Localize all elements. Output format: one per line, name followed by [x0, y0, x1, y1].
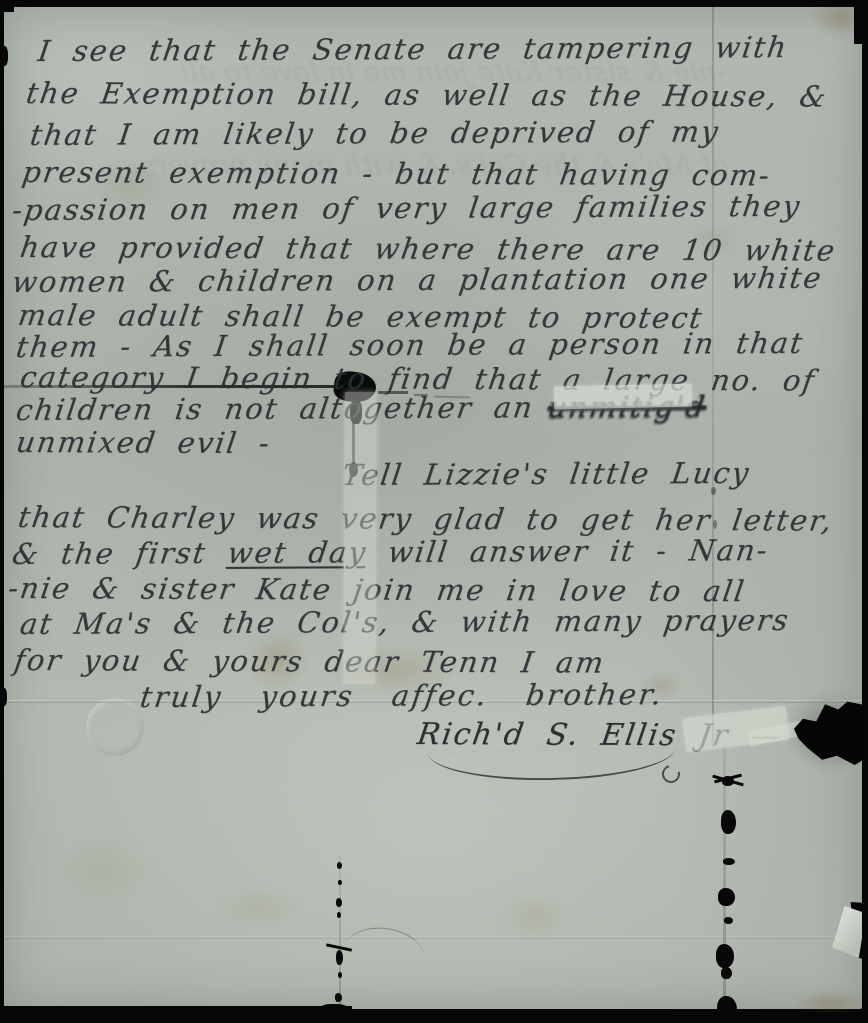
stitch-hole: [723, 858, 735, 865]
scan-edge-left: [0, 0, 4, 1023]
stitch-hole: [724, 917, 733, 924]
letter-line-3: that I am likely to be deprived of my: [28, 114, 722, 152]
letter-line-15-post: will answer it - Nan-: [365, 533, 771, 569]
letter-line-18: for you & yours dear Tenn I am: [12, 643, 607, 680]
letter-line-11-text: children is not altogether an: [14, 390, 536, 427]
scan-edge-bottom-left: [0, 1006, 352, 1023]
embossed-seal: [86, 698, 144, 756]
scan-edge-left-tick: [0, 46, 8, 66]
tape-patch: [554, 384, 692, 410]
letter-line-14: that Charley was very glad to get her le…: [16, 500, 836, 538]
letter-line-19: truly yours affec. brother.: [138, 677, 666, 714]
letter-line-4: present exemption - but that having com-: [20, 155, 773, 192]
scan-edge-bottom-right: [348, 1013, 868, 1023]
stitch-hole: [721, 810, 736, 834]
tear-line-left: [339, 855, 341, 1009]
letter-line-7: women & children on a plantation one whi…: [10, 261, 825, 299]
stitch-hole: [338, 972, 342, 978]
stitch-hole: [721, 967, 732, 979]
stitch-hole: [337, 862, 342, 869]
stain: [498, 893, 570, 939]
stitch-hole: [716, 944, 734, 968]
stitch-hole: [336, 898, 342, 907]
scan-edge-right: [862, 0, 868, 1023]
stitch-hole: [718, 888, 735, 906]
letter-line-1: I see that the Senate are tampering with: [36, 30, 790, 68]
scanned-letter-page: -nie & sister Kate join me in love to al…: [0, 0, 868, 1023]
letter-line-9: them - As I shall soon be a person in th…: [14, 326, 806, 364]
scan-edge-left-tick: [0, 688, 7, 706]
letter-line-2: the Exemption bill, as well as the House…: [24, 76, 830, 113]
letter-line-17: at Ma's & the Col's, & with many prayers: [18, 603, 792, 641]
stain: [215, 888, 305, 928]
letter-line-12: unmixed evil -: [14, 425, 273, 460]
scan-edge-right-top: [854, 0, 868, 44]
letter-line-13: Tell Lizzie's little Lucy: [340, 456, 753, 492]
scan-edge-top: [0, 0, 868, 7]
letter-line-5: -passion on men of very large families t…: [10, 189, 803, 227]
fold-crease-horizontal-low: [0, 936, 868, 939]
stitch-hole: [722, 776, 734, 786]
letter-line-15-pre: & the first: [10, 536, 230, 571]
letter-line-15: & the first wet day will answer it - Nan…: [10, 533, 771, 571]
letter-line-16: -nie & sister Kate join me in love to al…: [6, 571, 748, 608]
stain: [55, 835, 150, 905]
tape-patch: [343, 392, 377, 684]
stitch-hole: [337, 912, 341, 918]
stitch-hole: [338, 880, 342, 885]
stitch-hole: [335, 993, 342, 1002]
stitch-hole: [336, 950, 343, 965]
